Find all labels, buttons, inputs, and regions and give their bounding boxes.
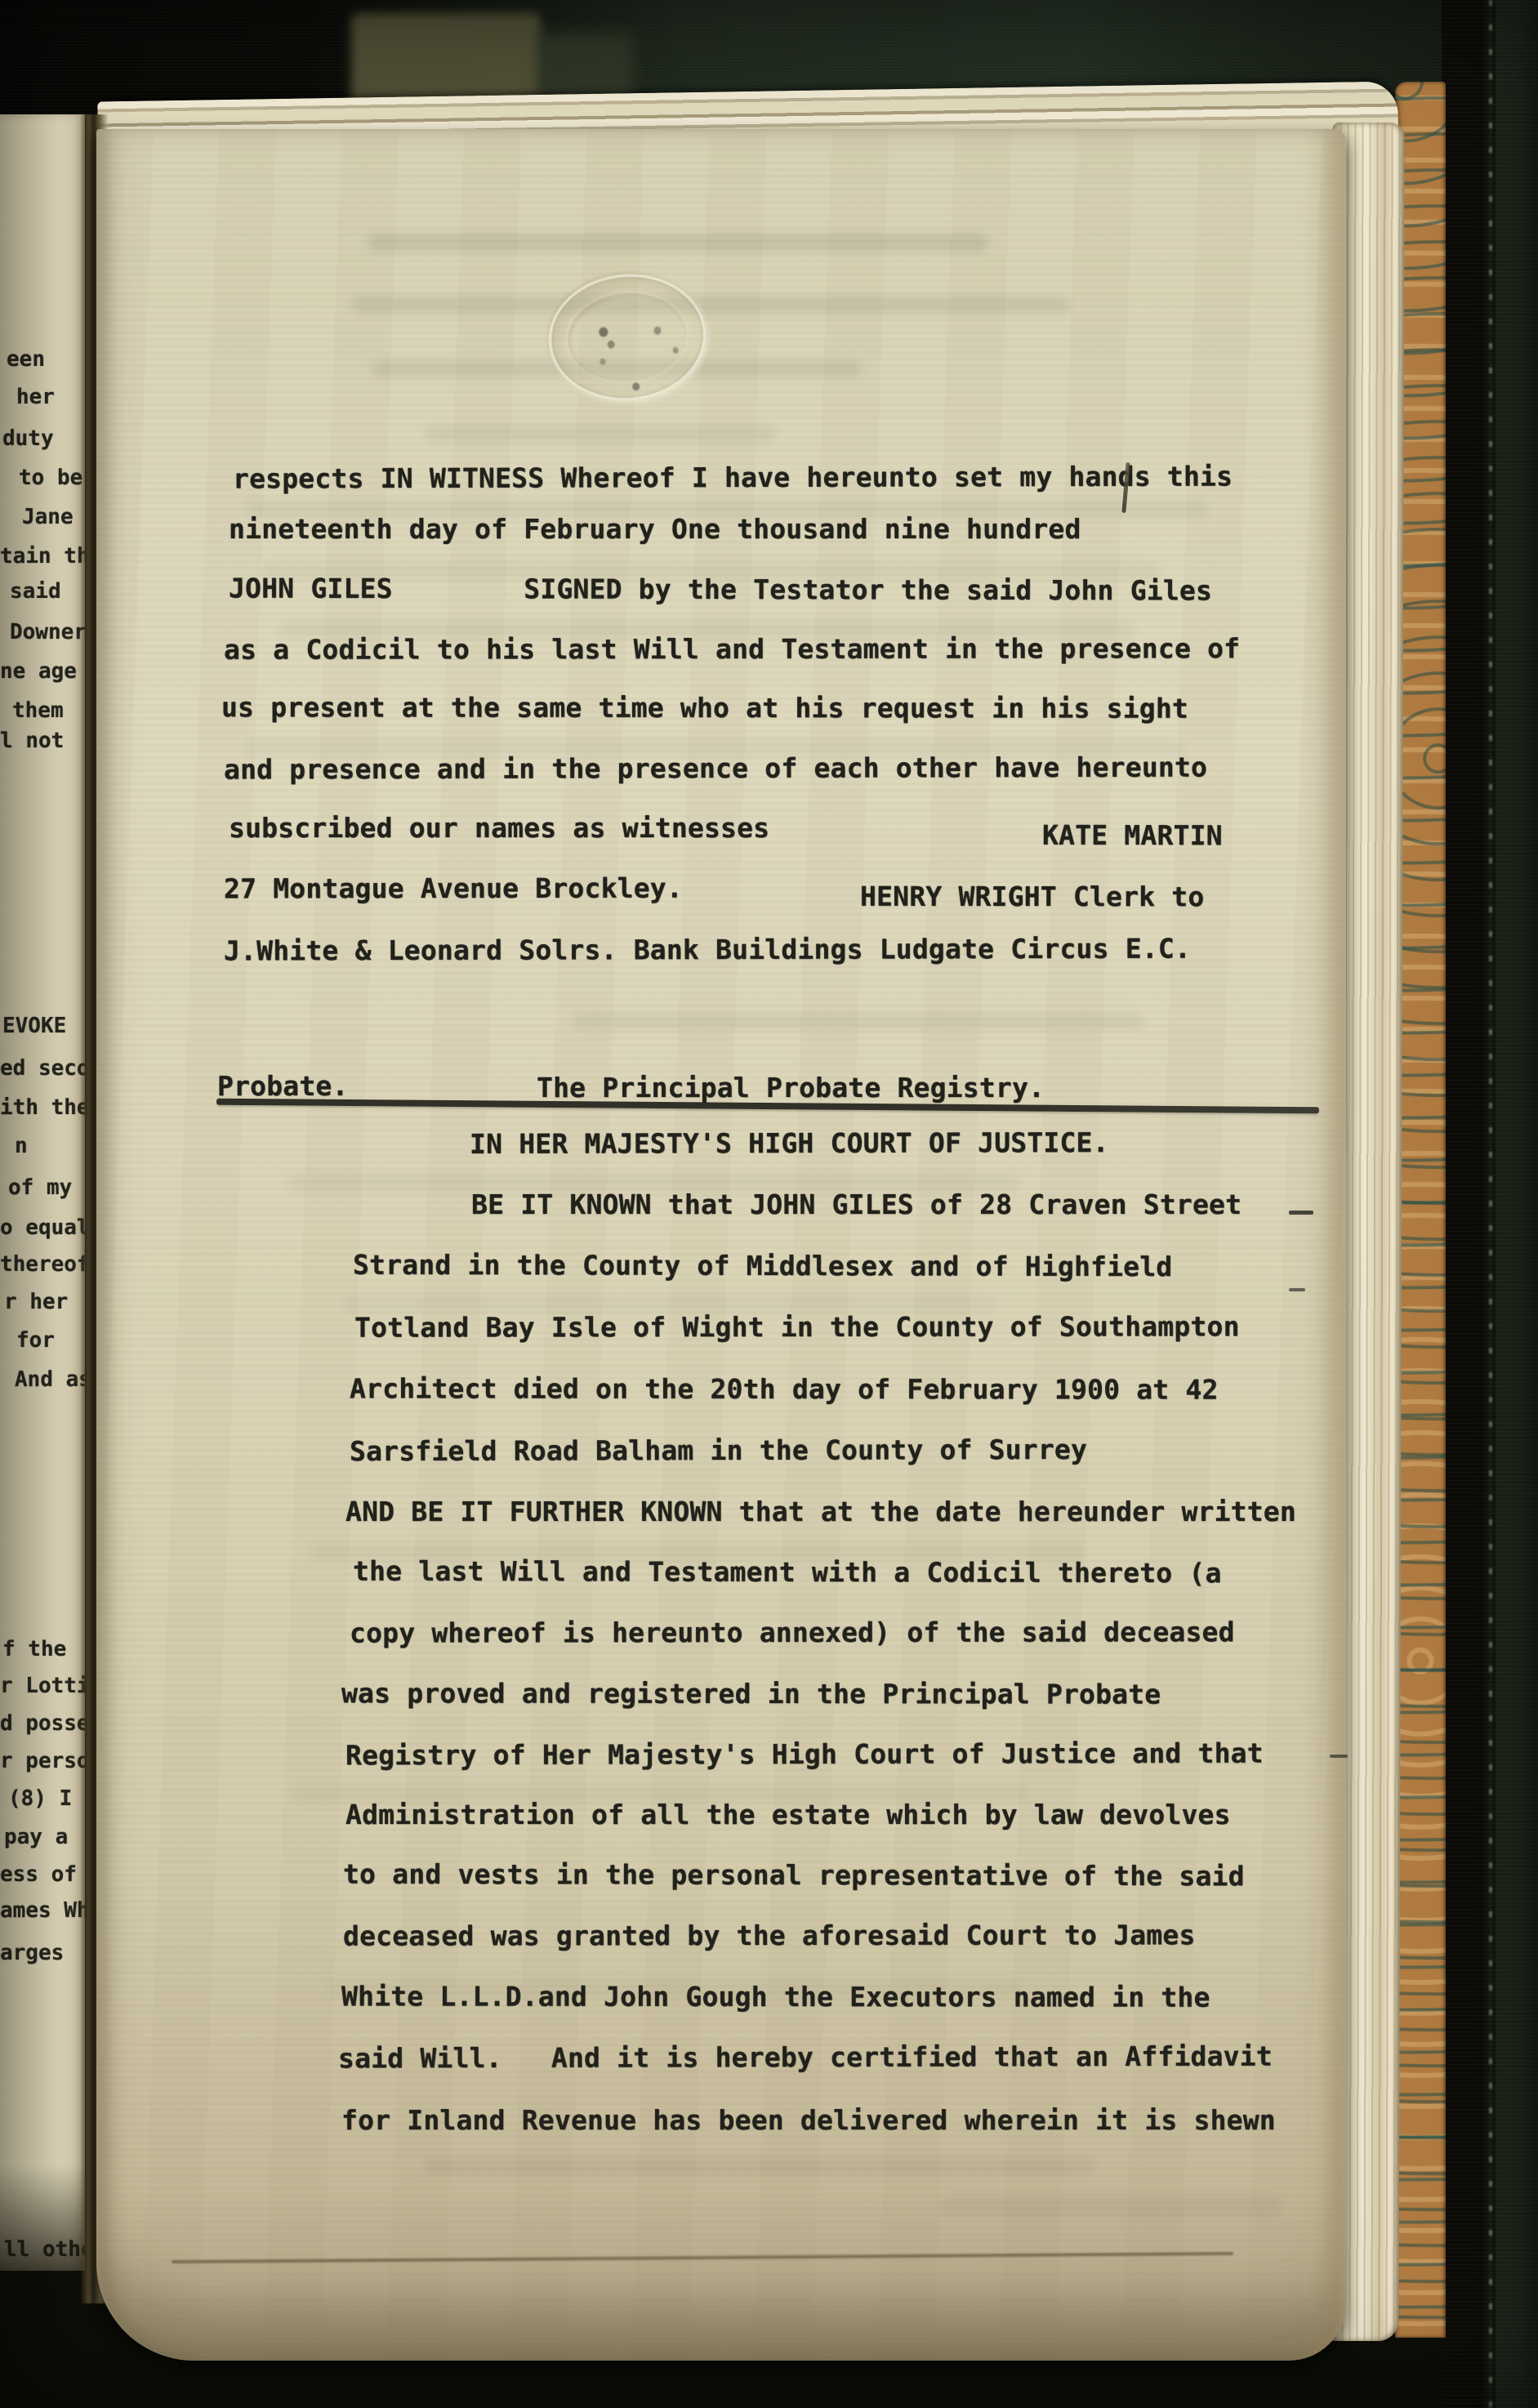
left-page-fragment: r her [4, 1291, 68, 1314]
left-page-fragment: said [10, 580, 61, 604]
heading-registry-title: The Principal Probate Registry. [537, 1072, 1045, 1104]
typed-line: Administration of all the estate which b… [345, 1799, 1231, 1831]
left-page-fragment: And as [15, 1368, 85, 1392]
previous-page-edge: eenherdutyto beJanetain thsaidDownerne a… [0, 114, 85, 2271]
typed-line: IN HER MAJESTY'S HIGH COURT OF JUSTICE. [470, 1127, 1109, 1160]
typed-line: JOHN GILES SIGNED by the Testator the sa… [229, 573, 1212, 607]
left-page-fragment: to be [19, 466, 82, 490]
left-page-fragment: arges [0, 1942, 64, 1965]
typed-line: HENRY WRIGHT Clerk to [860, 881, 1204, 912]
typed-line: the last Will and Testament with a Codic… [353, 1556, 1222, 1590]
left-page-fragment: her [16, 386, 55, 409]
margin-pen-mark [1289, 1211, 1313, 1215]
left-page-fragment: ames Whit [0, 1899, 85, 1923]
typed-line: respects IN WITNESS Whereof I have hereu… [233, 462, 1233, 495]
typed-line: nineteenth day of February One thousand … [229, 514, 1081, 545]
left-page-fragment: n [15, 1135, 28, 1158]
left-page-fragment: Downer [10, 621, 85, 644]
left-page-fragment: r Lottie [0, 1674, 85, 1698]
left-page-fragment: thereof [0, 1253, 85, 1277]
ink-bleed-smudge [368, 234, 988, 252]
typed-line: Registry of Her Majesty's High Court of … [345, 1738, 1264, 1772]
left-page-fragment: r person [0, 1750, 85, 1773]
book-scan: eenherdutyto beJanetain thsaidDownerne a… [0, 0, 1538, 2408]
typed-line: Architect died on the 20th day of Februa… [350, 1373, 1219, 1405]
typed-line: AND BE IT FURTHER KNOWN that at the date… [345, 1496, 1296, 1527]
left-page-fragment: ess of th [0, 1863, 85, 1887]
left-page-fragment: een [7, 348, 45, 372]
typed-line: White L.L.D.and John Gough the Executors… [341, 1981, 1210, 2013]
left-page-fragment: l not [0, 729, 64, 753]
typed-line: 27 Montague Avenue Brockley. [224, 873, 683, 905]
ink-bleed-smudge [351, 296, 1070, 314]
left-page-fragment: ed seco [0, 1057, 85, 1081]
typed-line: as a Codicil to his last Will and Testam… [224, 633, 1240, 665]
left-page-fragment: d posses [0, 1712, 85, 1736]
typed-line: was proved and registered in the Princip… [341, 1678, 1161, 1710]
left-page-fragment: of my [8, 1176, 72, 1200]
left-page-fragment: (8) I [8, 1787, 72, 1811]
typed-line: us present at the same time who at his r… [221, 692, 1188, 724]
left-page-fragment: tain th [0, 545, 85, 569]
book-cover-right [1442, 0, 1538, 2408]
typed-line: for Inland Revenue has been delivered wh… [341, 2105, 1276, 2136]
typed-line: KATE MARTIN [1042, 820, 1223, 851]
typed-line: to and vests in the personal representat… [343, 1859, 1245, 1893]
typed-line: subscribed our names as witnesses [229, 813, 769, 844]
typed-line: deceased was granted by the aforesaid Co… [343, 1920, 1196, 1951]
typed-line: copy whereof is hereunto annexed) of the… [350, 1616, 1235, 1648]
ink-bleed-smudge [425, 425, 776, 443]
typed-line: Totland Bay Isle of Wight in the County … [354, 1311, 1240, 1343]
margin-pen-mark [1330, 1755, 1348, 1758]
typed-line: Strand in the County of Middlesex and of… [353, 1250, 1172, 1282]
left-page-fragment: ll other [4, 2238, 85, 2262]
heading-probate-label: Probate. [217, 1071, 349, 1102]
left-page-fragment: pay a [4, 1826, 68, 1849]
typed-line: J.White & Leonard Solrs. Bank Buildings … [224, 934, 1191, 967]
ink-bleed-smudge [572, 1013, 1143, 1031]
left-page-fragment: ith the [0, 1096, 85, 1120]
typed-line: and presence and in the presence of each… [224, 752, 1207, 786]
typed-line: BE IT KNOWN that JOHN GILES of 28 Craven… [471, 1189, 1242, 1220]
left-page-fragment: duty [2, 427, 54, 451]
typed-line: Sarsfield Road Balham in the County of S… [350, 1434, 1087, 1467]
left-page-fragment: ne age [0, 660, 77, 684]
ink-bleed-smudge [939, 2197, 1282, 2215]
left-page-fragment: for [16, 1329, 55, 1353]
typed-line: said Will. And it is hereby certified th… [338, 2041, 1273, 2075]
left-page-fragment: Jane [22, 506, 74, 529]
ink-bleed-smudge [343, 1295, 996, 1313]
left-page-fragment: them [12, 699, 64, 723]
left-page-fragment: f the [2, 1638, 66, 1661]
left-page-fragment: o equal [0, 1216, 85, 1240]
margin-pen-mark [1289, 1288, 1305, 1291]
left-page-fragment: EVOKE [2, 1014, 66, 1038]
ink-bleed-smudge [425, 2158, 1094, 2176]
